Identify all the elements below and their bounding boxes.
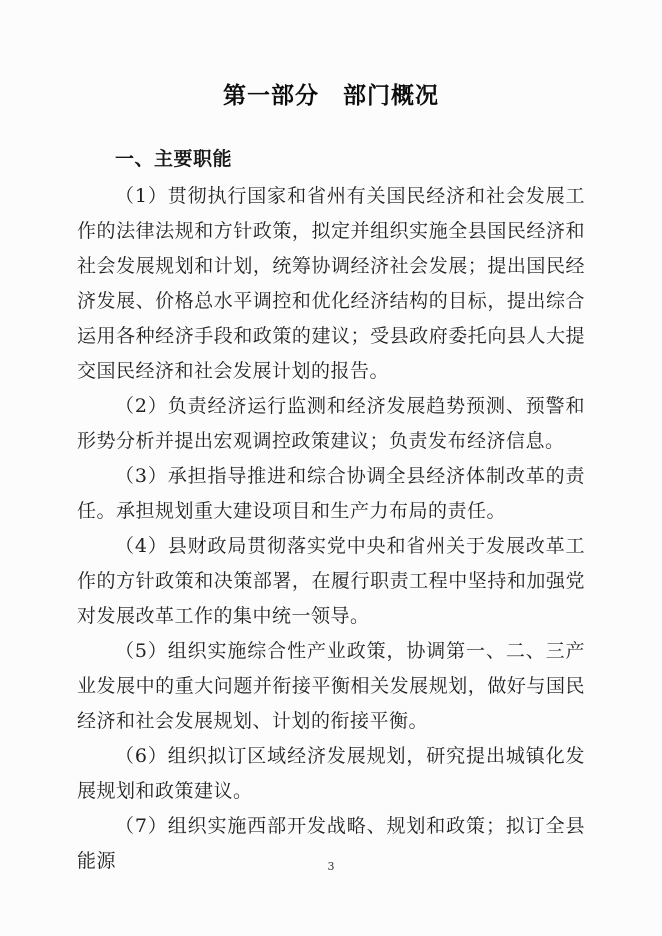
body-paragraphs: （1）贯彻执行国家和省州有关国民经济和社会发展工作的法律法规和方针政策，拟定并组… xyxy=(77,179,585,879)
paragraph: （4）县财政局贯彻落实党中央和省州关于发展改革工作的方针政策和决策部署，在履行职… xyxy=(77,529,585,634)
document-page: 第一部分 部门概况 一、主要职能 （1）贯彻执行国家和省州有关国民经济和社会发展… xyxy=(0,0,662,936)
page-content: 第一部分 部门概况 一、主要职能 （1）贯彻执行国家和省州有关国民经济和社会发展… xyxy=(0,0,662,879)
section-heading: 一、主要职能 xyxy=(77,146,585,172)
paragraph: （6）组织拟订区域经济发展规划，研究提出城镇化发展规划和政策建议。 xyxy=(77,739,585,809)
paragraph: （3）承担指导推进和综合协调全县经济体制改革的责任。承担规划重大建设项目和生产力… xyxy=(77,459,585,529)
paragraph: （5）组织实施综合性产业政策，协调第一、二、三产业发展中的重大问题并衔接平衡相关… xyxy=(77,634,585,739)
paragraph: （2）负责经济运行监测和经济发展趋势预测、预警和形势分析并提出宏观调控政策建议；… xyxy=(77,389,585,459)
page-number: 3 xyxy=(0,860,662,873)
document-title: 第一部分 部门概况 xyxy=(77,82,585,110)
paragraph: （1）贯彻执行国家和省州有关国民经济和社会发展工作的法律法规和方针政策，拟定并组… xyxy=(77,179,585,389)
